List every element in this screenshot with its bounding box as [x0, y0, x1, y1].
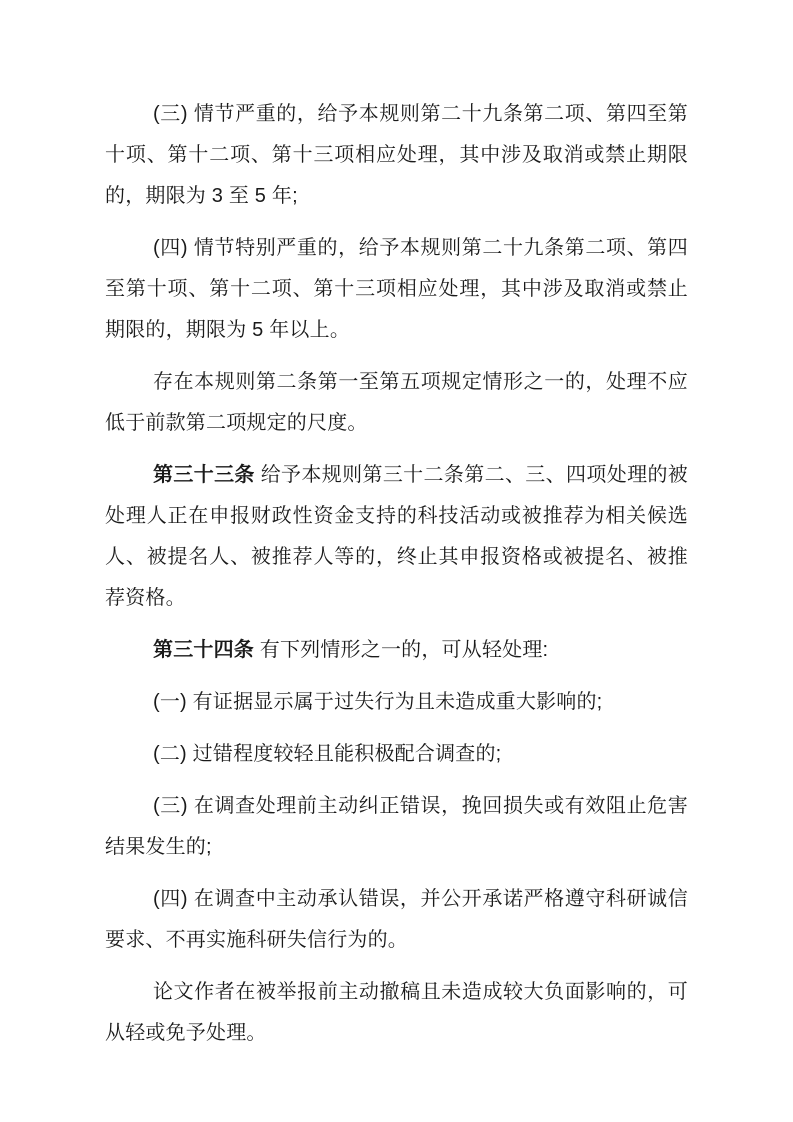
paragraph: (一) 有证据显示属于过失行为且未造成重大影响的; [105, 682, 688, 723]
paragraph: 第三十四条 有下列情形之一的，可从轻处理: [105, 630, 688, 671]
paragraph-text: 论文作者在被举报前主动撤稿且未造成较大负面影响的，可从轻或免予处理。 [105, 981, 688, 1044]
paragraph: (三) 在调查处理前主动纠正错误，挽回损失或有效阻止危害结果发生的; [105, 786, 688, 868]
paragraph: (三) 情节严重的，给予本规则第二十九条第二项、第四至第十项、第十二项、第十三项… [105, 94, 688, 217]
paragraph: 第三十三条 给予本规则第三十二条第二、三、四项处理的被处理人正在申报财政性资金支… [105, 455, 688, 619]
paragraph-text: (一) 有证据显示属于过失行为且未造成重大影响的; [153, 691, 602, 713]
article-number: 第三十三条 [153, 464, 255, 486]
paragraph: (四) 情节特别严重的，给予本规则第二十九条第二项、第四至第十项、第十二项、第十… [105, 228, 688, 351]
paragraph-text: (三) 情节严重的，给予本规则第二十九条第二项、第四至第十项、第十二项、第十三项… [105, 103, 688, 207]
paragraph: (二) 过错程度较轻且能积极配合调查的; [105, 734, 688, 775]
paragraph: (四) 在调查中主动承认错误，并公开承诺严格遵守科研诚信要求、不再实施科研失信行… [105, 879, 688, 961]
document-body: (三) 情节严重的，给予本规则第二十九条第二项、第四至第十项、第十二项、第十三项… [105, 94, 688, 1065]
paragraph: 论文作者在被举报前主动撤稿且未造成较大负面影响的，可从轻或免予处理。 [105, 972, 688, 1054]
paragraph: 存在本规则第二条第一至第五项规定情形之一的，处理不应低于前款第二项规定的尺度。 [105, 362, 688, 444]
document-page: (三) 情节严重的，给予本规则第二十九条第二项、第四至第十项、第十二项、第十三项… [0, 0, 793, 1122]
paragraph-text: 有下列情形之一的，可从轻处理: [254, 639, 548, 661]
paragraph-text: 存在本规则第二条第一至第五项规定情形之一的，处理不应低于前款第二项规定的尺度。 [105, 371, 688, 434]
paragraph-text: (四) 情节特别严重的，给予本规则第二十九条第二项、第四至第十项、第十二项、第十… [105, 237, 688, 341]
paragraph-text: (三) 在调查处理前主动纠正错误，挽回损失或有效阻止危害结果发生的; [105, 795, 688, 858]
paragraph-text: (二) 过错程度较轻且能积极配合调查的; [153, 743, 501, 765]
article-number: 第三十四条 [153, 639, 254, 661]
paragraph-text: (四) 在调查中主动承认错误，并公开承诺严格遵守科研诚信要求、不再实施科研失信行… [105, 888, 688, 951]
